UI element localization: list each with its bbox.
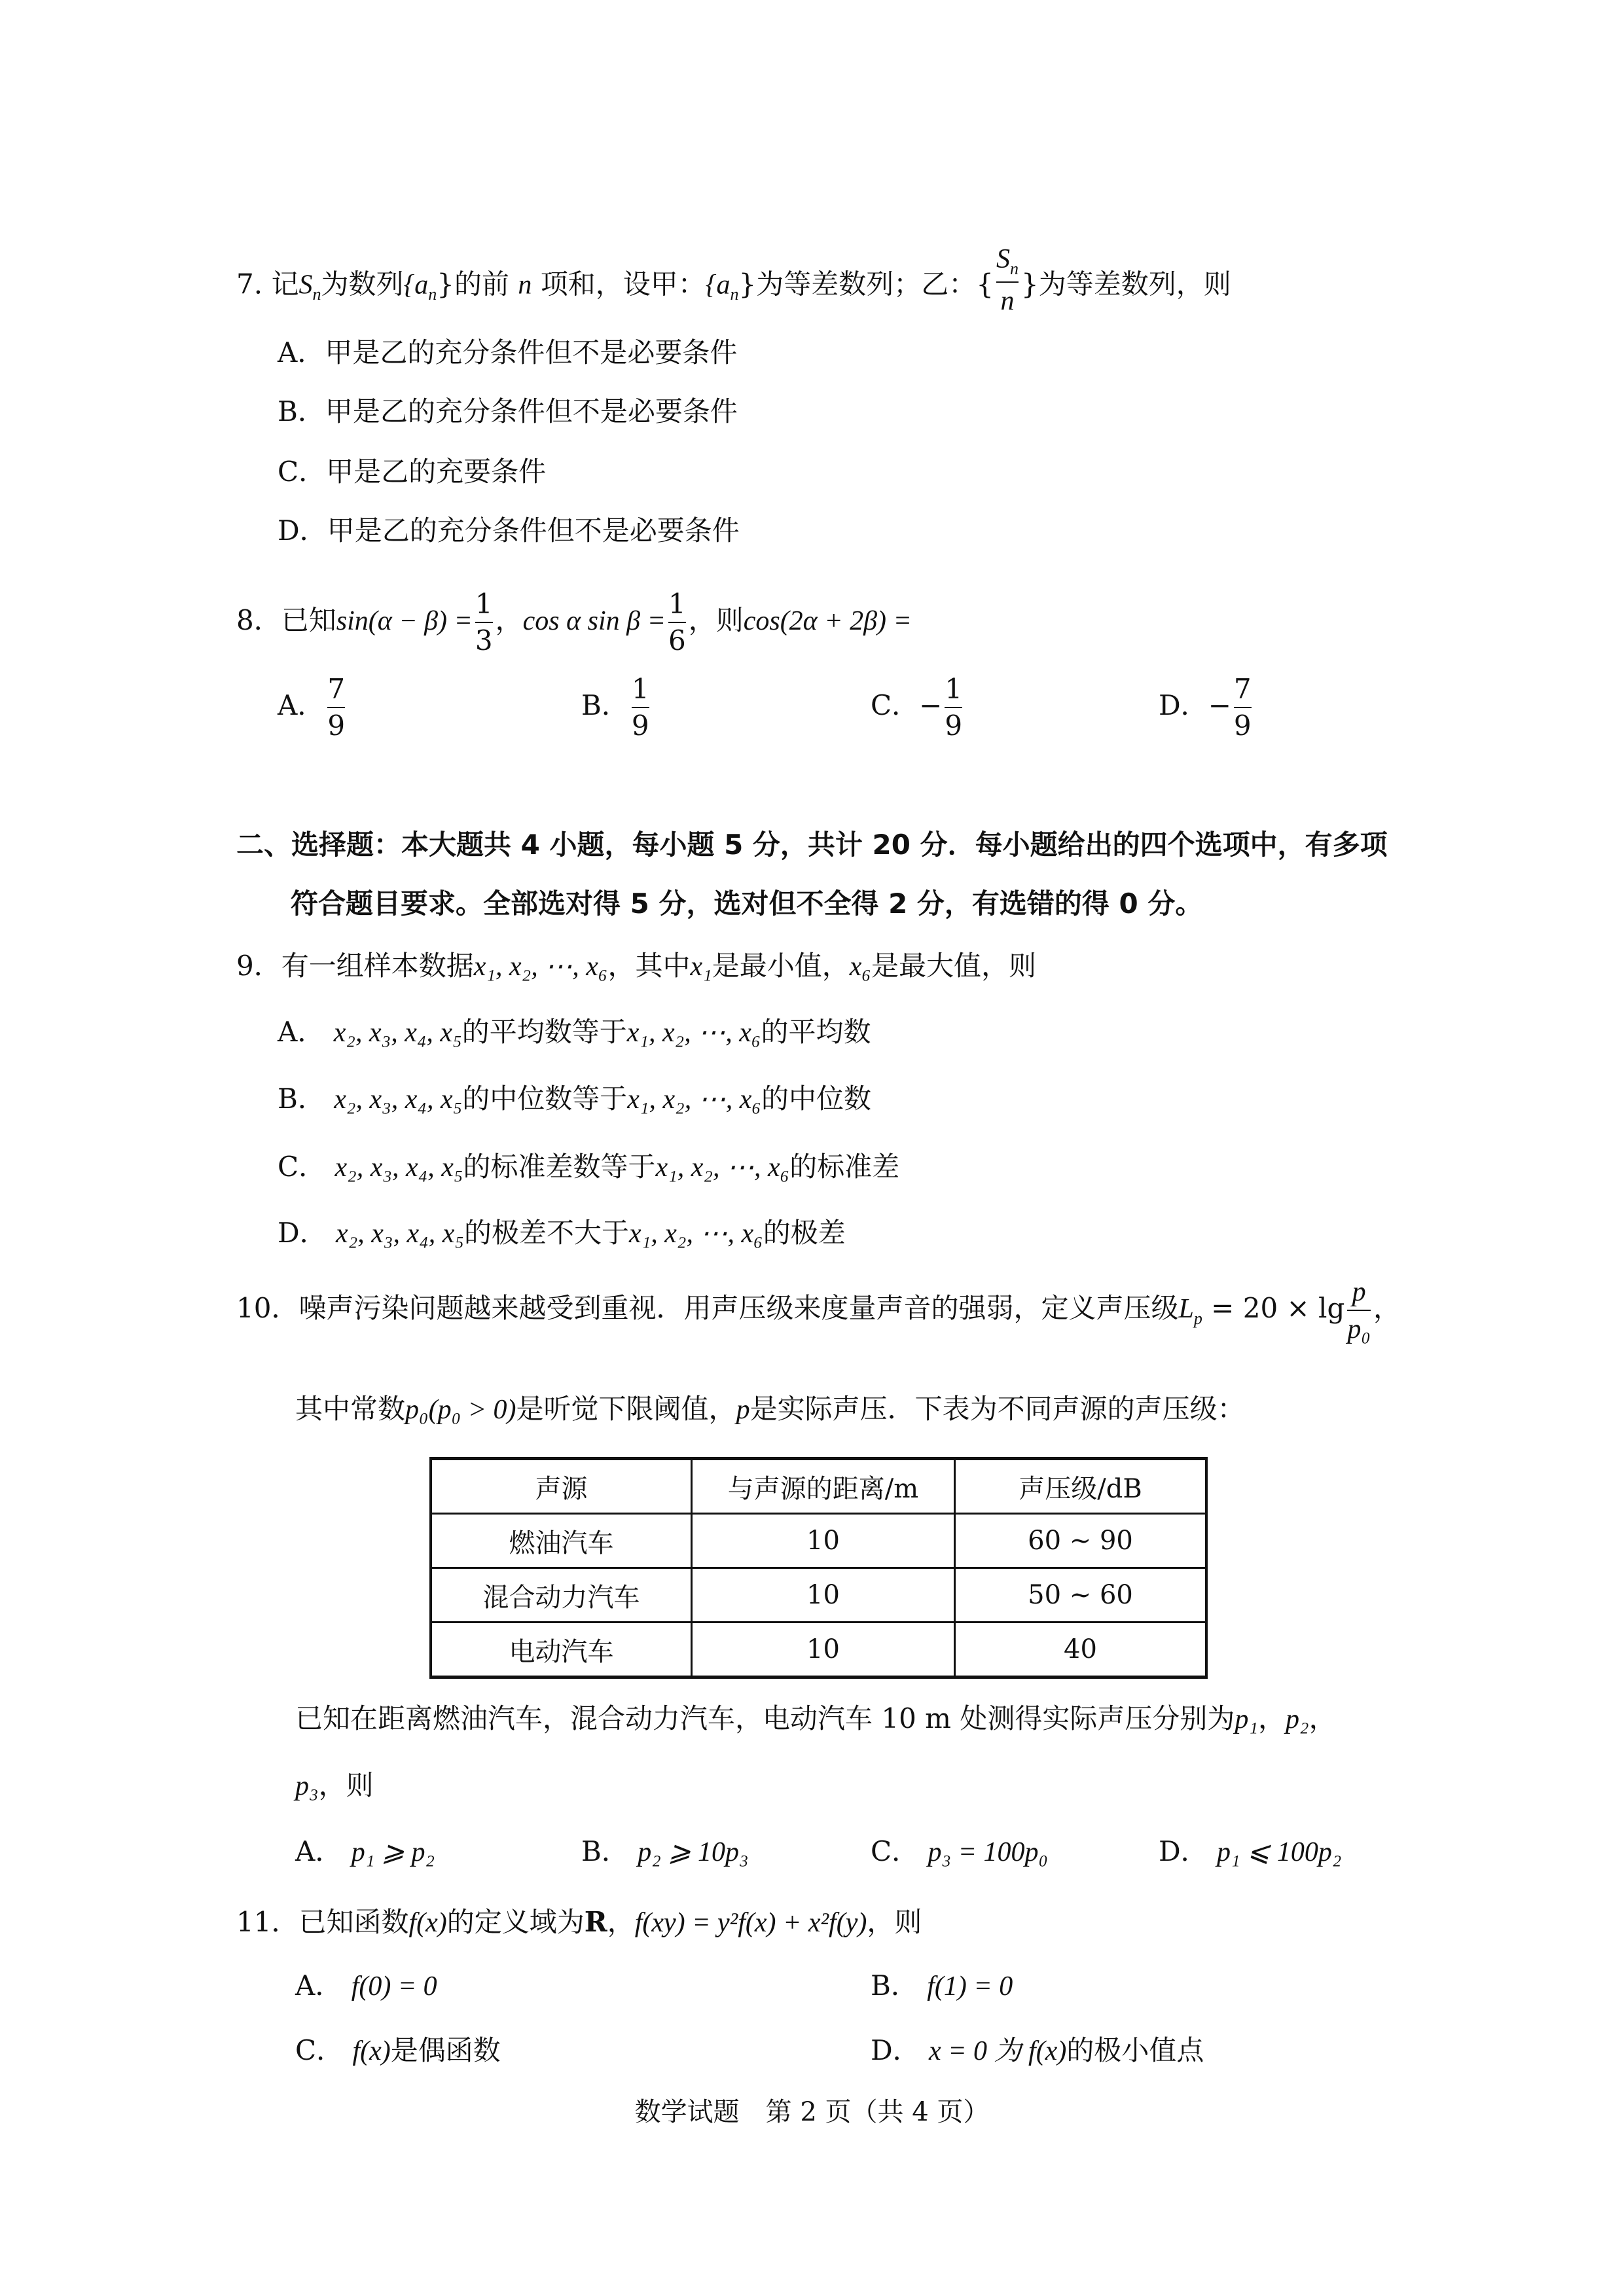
table-cell: 50 ~ 60: [955, 1568, 1207, 1623]
table-header-row: 声源 与声源的距离/m 声压级/dB: [431, 1459, 1206, 1514]
q7-option-c: C．甲是乙的充要条件: [278, 458, 546, 486]
table-row: 燃油汽车 10 60 ~ 90: [431, 1514, 1206, 1568]
q8-option-a: A．79: [278, 674, 348, 741]
table-row: 混合动力汽车 10 50 ~ 60: [431, 1568, 1206, 1623]
q10-option-c: C． p₃ = 100p₀: [871, 1838, 1048, 1866]
table-header: 声源: [431, 1459, 692, 1514]
table-cell: 电动汽车: [431, 1623, 692, 1677]
fraction-sn-over-n: Snn: [996, 243, 1019, 316]
question-number: 7.: [236, 268, 262, 300]
table-cell: 10: [692, 1514, 955, 1568]
question-10-given: 已知在距离燃油汽车，混合动力汽车，电动汽车 10 m 处测得实际声压分别为p₁，…: [295, 1705, 1337, 1733]
question-7-stem: 7. 记Sn为数列{an}的前 n 项和，设甲：{an}为等差数列；乙：{Snn…: [236, 257, 1231, 316]
table-cell: 40: [955, 1623, 1207, 1677]
q10-option-d: D． p₁ ⩽ 100p₂: [1159, 1838, 1341, 1866]
table-cell: 10: [692, 1623, 955, 1677]
q9-option-b: B． x₂, x₃, x₄, x₅的中位数等于x₁, x₂, ⋯, x₆的中位数: [278, 1085, 871, 1113]
q8-option-b: B．19: [581, 674, 652, 741]
table-header: 与声源的距离/m: [692, 1459, 955, 1514]
q8-option-c: C．−19: [871, 674, 965, 741]
q9-option-a: A． x₂, x₃, x₄, x₅的平均数等于x₁, x₂, ⋯, x₆的平均数: [278, 1018, 871, 1047]
q7-option-d: D．甲是乙的充分条件但不是必要条件: [278, 517, 740, 545]
question-10-given-line2: p₃，则: [295, 1772, 374, 1800]
section-2-header: 二、选择题：本大题共 4 小题，每小题 5 分，共计 20 分．每小题给出的四个…: [236, 831, 1388, 859]
page-footer: 数学试题 第 2 页（共 4 页）: [0, 2091, 1624, 2128]
fraction: 16: [668, 589, 686, 656]
table-cell: 燃油汽车: [431, 1514, 692, 1568]
question-8-stem: 8．已知sin(α − β) =13，cos α sin β =16，则cos(…: [236, 589, 912, 656]
q9-option-c: C． x₂, x₃, x₄, x₅的标准差数等于x₁, x₂, ⋯, x₆的标准…: [278, 1153, 899, 1181]
question-11-stem: 11．已知函数f(x)的定义域为R，f(xy) = y²f(x) + x²f(y…: [236, 1909, 922, 1937]
table-header: 声压级/dB: [955, 1459, 1207, 1514]
table-cell: 10: [692, 1568, 955, 1623]
q11-option-b: B． f(1) = 0: [871, 1972, 1013, 2000]
question-number: 8．: [236, 604, 281, 636]
question-number: 9．: [236, 950, 281, 982]
q10-option-a: A． p₁ ⩾ p₂: [295, 1838, 435, 1866]
question-number: 10．: [236, 1292, 298, 1324]
sound-pressure-table: 声源 与声源的距离/m 声压级/dB 燃油汽车 10 60 ~ 90 混合动力汽…: [429, 1457, 1208, 1679]
fraction: 13: [475, 589, 493, 656]
question-10-stem: 10．噪声污染问题越来越受到重视．用声压级来度量声音的强弱，定义声压级Lp = …: [236, 1276, 1401, 1344]
table-row: 电动汽车 10 40: [431, 1623, 1206, 1677]
table-cell: 60 ~ 90: [955, 1514, 1207, 1568]
fraction-p-over-p0: pp₀: [1347, 1276, 1371, 1344]
q11-option-d: D． x = 0 为 f(x)的极小值点: [871, 2037, 1204, 2065]
q7-option-b: B．甲是乙的充分条件但不是必要条件: [278, 398, 738, 425]
question-10-stem-line2: 其中常数p₀(p₀ > 0)是听觉下限阈值，p是实际声压．下表为不同声源的声压级…: [295, 1395, 1245, 1424]
q7-option-a: A．甲是乙的充分条件但不是必要条件: [278, 339, 737, 367]
q10-option-b: B． p₂ ⩾ 10p₃: [581, 1838, 749, 1866]
question-9-stem: 9．有一组样本数据x₁, x₂, ⋯, x₆，其中x₁是最小值，x₆是最大值，则: [236, 952, 1036, 980]
q11-option-c: C． f(x)是偶函数: [295, 2037, 501, 2065]
section-2-header-line2: 符合题目要求。全部选对得 5 分，选对但不全得 2 分，有选错的得 0 分。: [291, 890, 1202, 918]
question-number: 11．: [236, 1906, 298, 1938]
q9-option-d: D． x₂, x₃, x₄, x₅的极差不大于x₁, x₂, ⋯, x₆的极差: [278, 1219, 846, 1247]
table-cell: 混合动力汽车: [431, 1568, 692, 1623]
q8-option-d: D．−79: [1159, 674, 1254, 741]
q11-option-a: A． f(0) = 0: [295, 1972, 437, 2000]
